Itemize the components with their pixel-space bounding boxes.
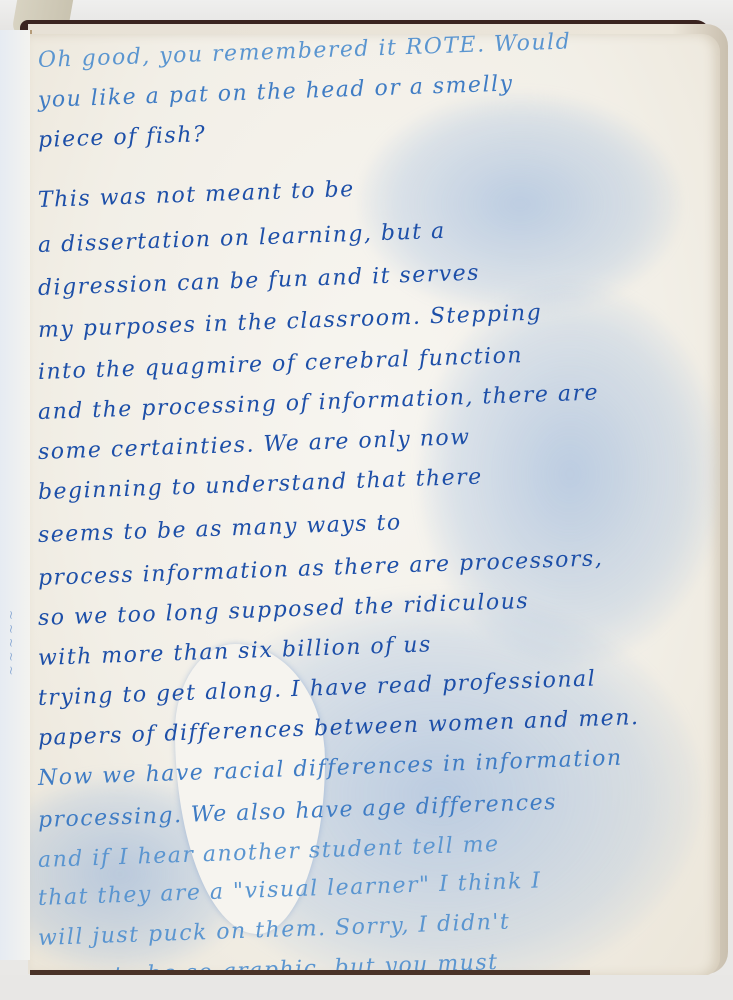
- left-page-edge: ~ ~ ~ ~ ~: [0, 30, 32, 960]
- left-page-handwriting: ~ ~ ~ ~ ~: [4, 610, 18, 676]
- notebook-page: [30, 34, 720, 976]
- background-bottom: [0, 975, 733, 1000]
